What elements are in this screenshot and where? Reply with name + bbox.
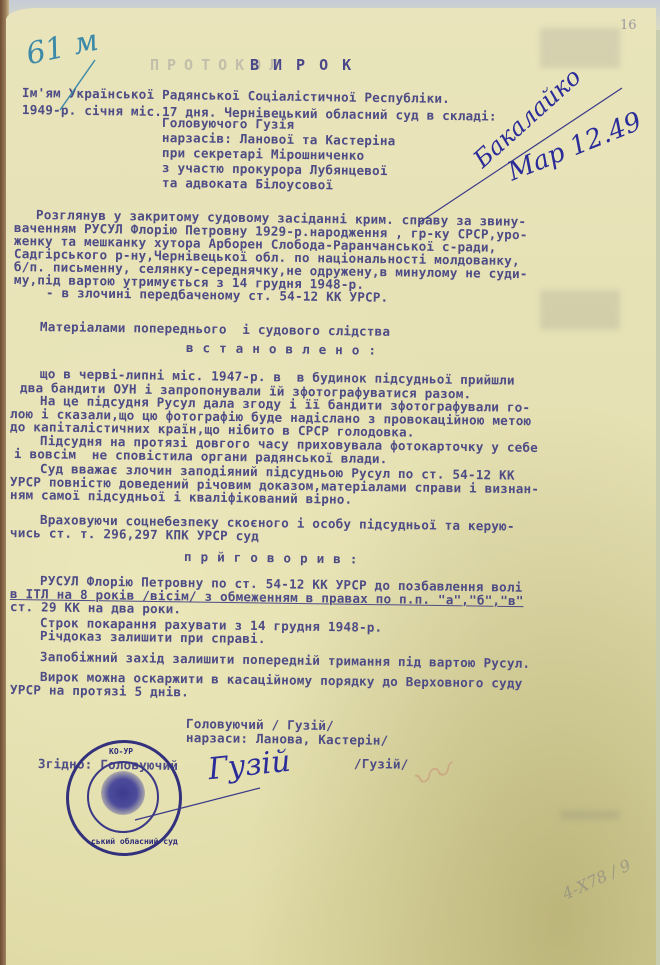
signature-stroke-line bbox=[135, 788, 260, 820]
diagonal-strike-line bbox=[420, 88, 622, 222]
teal-stroke-line bbox=[60, 60, 95, 110]
annotation-strokes bbox=[0, 0, 660, 965]
